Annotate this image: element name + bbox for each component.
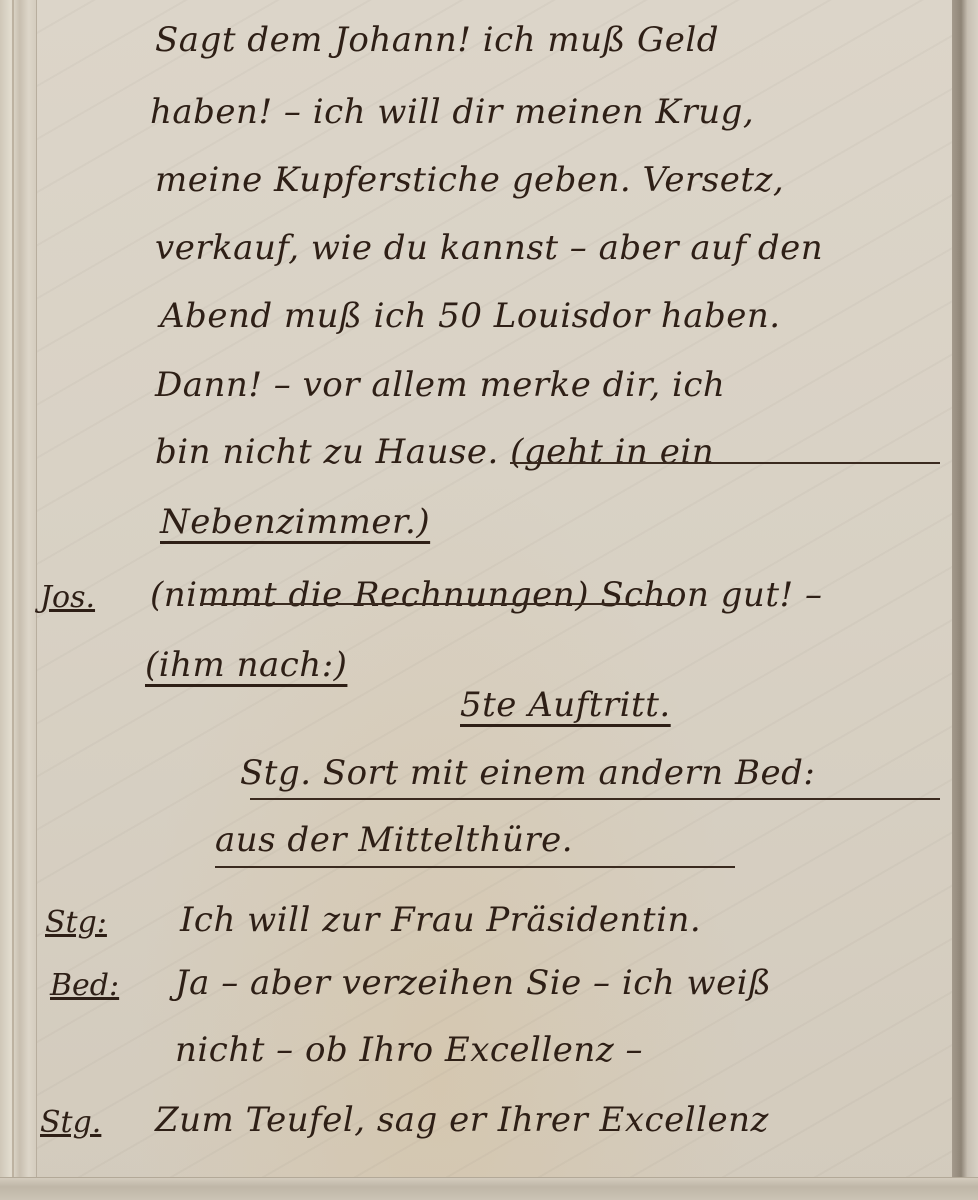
underline-rule	[200, 603, 675, 605]
manuscript-line: Ich will zur Frau Präsidentin.	[180, 900, 701, 940]
book-binding-gutter	[0, 0, 37, 1200]
manuscript-line: Dann! – vor allem merke dir, ich	[155, 365, 725, 405]
manuscript-line: Nebenzimmer.)	[160, 502, 430, 542]
manuscript-page: Sagt dem Johann! ich muß Geld haben! – i…	[0, 0, 978, 1200]
speaker-label: Stg.	[40, 1105, 101, 1140]
manuscript-line: Sagt dem Johann! ich muß Geld	[155, 20, 719, 60]
manuscript-line: haben! – ich will dir meinen Krug,	[150, 92, 754, 132]
page-edge-right	[952, 0, 978, 1200]
manuscript-line: (nimmt die Rechnungen) Schon gut! –	[150, 575, 822, 615]
manuscript-line: Zum Teufel, sag er Ihrer Excellenz	[155, 1100, 769, 1140]
manuscript-line: Abend muß ich 50 Louisdor haben.	[160, 296, 781, 336]
manuscript-line: (ihm nach:)	[145, 645, 347, 685]
underline-rule	[250, 798, 940, 800]
stage-direction: aus der Mittelthüre.	[215, 820, 573, 860]
speaker-label: Bed:	[50, 968, 119, 1003]
manuscript-line: Ja – aber verzeihen Sie – ich weiß	[175, 963, 771, 1003]
speaker-label: Stg:	[45, 905, 107, 940]
page-edge-bottom	[0, 1177, 978, 1200]
manuscript-line: nicht – ob Ihro Excellenz –	[175, 1030, 643, 1070]
speaker-label: Jos.	[40, 580, 95, 615]
underline-rule	[510, 462, 940, 464]
manuscript-line: meine Kupferstiche geben. Versetz,	[155, 160, 784, 200]
scene-heading: 5te Auftritt.	[460, 685, 671, 725]
underline-rule	[215, 866, 735, 868]
manuscript-line: bin nicht zu Hause. (geht in ein	[155, 432, 714, 472]
manuscript-line: verkauf, wie du kannst – aber auf den	[155, 228, 823, 268]
stage-direction: Stg. Sort mit einem andern Bed:	[240, 753, 815, 793]
